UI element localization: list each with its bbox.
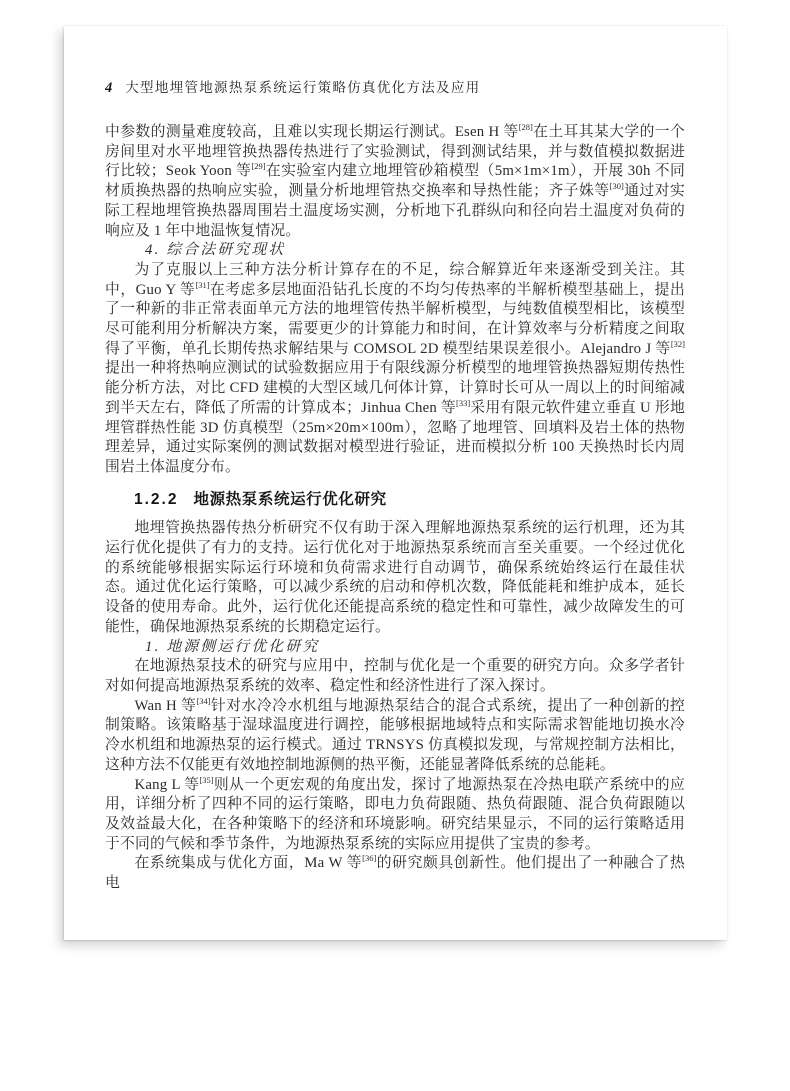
text-run: Wan H 等 bbox=[135, 698, 197, 714]
paragraph: 为了克服以上三种方法分析计算存在的不足，综合解算近年来逐渐受到关注。其中，Guo… bbox=[105, 261, 685, 478]
text-run: 在地源热泵技术的研究与应用中，控制与优化是一个重要的研究方向。众多学者针对如何提… bbox=[105, 658, 685, 694]
numbered-subheading: 4. 综合法研究现状 bbox=[105, 241, 685, 261]
paragraph: 在系统集成与优化方面，Ma W 等[36]的研究颇具创新性。他们提出了一种融合了… bbox=[105, 854, 685, 893]
page-content-area: 4 大型地埋管地源热泵系统运行策略仿真优化方法及应用 中参数的测量难度较高，且难… bbox=[64, 26, 727, 894]
section-heading: 1.2.2地源热泵系统运行优化研究 bbox=[105, 490, 685, 510]
citation-ref: [29] bbox=[251, 161, 265, 171]
paragraph: 中参数的测量难度较高，且难以实现长期运行测试。Esen H 等[28]在土耳其某… bbox=[105, 123, 685, 241]
numbered-subheading: 1. 地源侧运行优化研究 bbox=[105, 638, 685, 658]
paragraph: Kang L 等[35]则从一个更宏观的角度出发，探讨了地源热泵在冷热电联产系统… bbox=[105, 776, 685, 855]
citation-ref: [28] bbox=[519, 122, 533, 132]
citation-ref: [30] bbox=[610, 181, 624, 191]
text-run: 中参数的测量难度较高，且难以实现长期运行测试。Esen H 等 bbox=[105, 124, 519, 140]
page-body: 中参数的测量难度较高，且难以实现长期运行测试。Esen H 等[28]在土耳其某… bbox=[105, 123, 685, 894]
header-book-title: 大型地埋管地源热泵系统运行策略仿真优化方法及应用 bbox=[125, 76, 480, 96]
citation-ref: [33] bbox=[456, 398, 470, 408]
section-title: 地源热泵系统运行优化研究 bbox=[193, 491, 386, 508]
citation-ref: [35] bbox=[199, 775, 213, 785]
text-run: 在系统集成与优化方面，Ma W 等 bbox=[135, 855, 363, 871]
text-run: 地埋管换热器传热分析研究不仅有助于深入理解地源热泵系统的运行机理，还为其运行优化… bbox=[105, 520, 685, 635]
citation-ref: [32] bbox=[671, 339, 685, 349]
citation-ref: [31] bbox=[195, 280, 209, 290]
header-page-number: 4 bbox=[105, 80, 112, 97]
citation-ref: [34] bbox=[196, 696, 210, 706]
citation-ref: [36] bbox=[362, 853, 376, 863]
paragraph: 地埋管换热器传热分析研究不仅有助于深入理解地源热泵系统的运行机理，还为其运行优化… bbox=[105, 519, 685, 637]
book-page: 4 大型地埋管地源热泵系统运行策略仿真优化方法及应用 中参数的测量难度较高，且难… bbox=[64, 26, 727, 940]
paragraph: Wan H 等[34]针对水冷冷水机组与地源热泵结合的混合式系统，提出了一种创新… bbox=[105, 697, 685, 776]
page-header: 4 大型地埋管地源热泵系统运行策略仿真优化方法及应用 bbox=[105, 76, 685, 97]
section-number: 1.2.2 bbox=[134, 491, 178, 508]
text-run: Kang L 等 bbox=[135, 777, 200, 793]
paragraph: 在地源热泵技术的研究与应用中，控制与优化是一个重要的研究方向。众多学者针对如何提… bbox=[105, 657, 685, 696]
